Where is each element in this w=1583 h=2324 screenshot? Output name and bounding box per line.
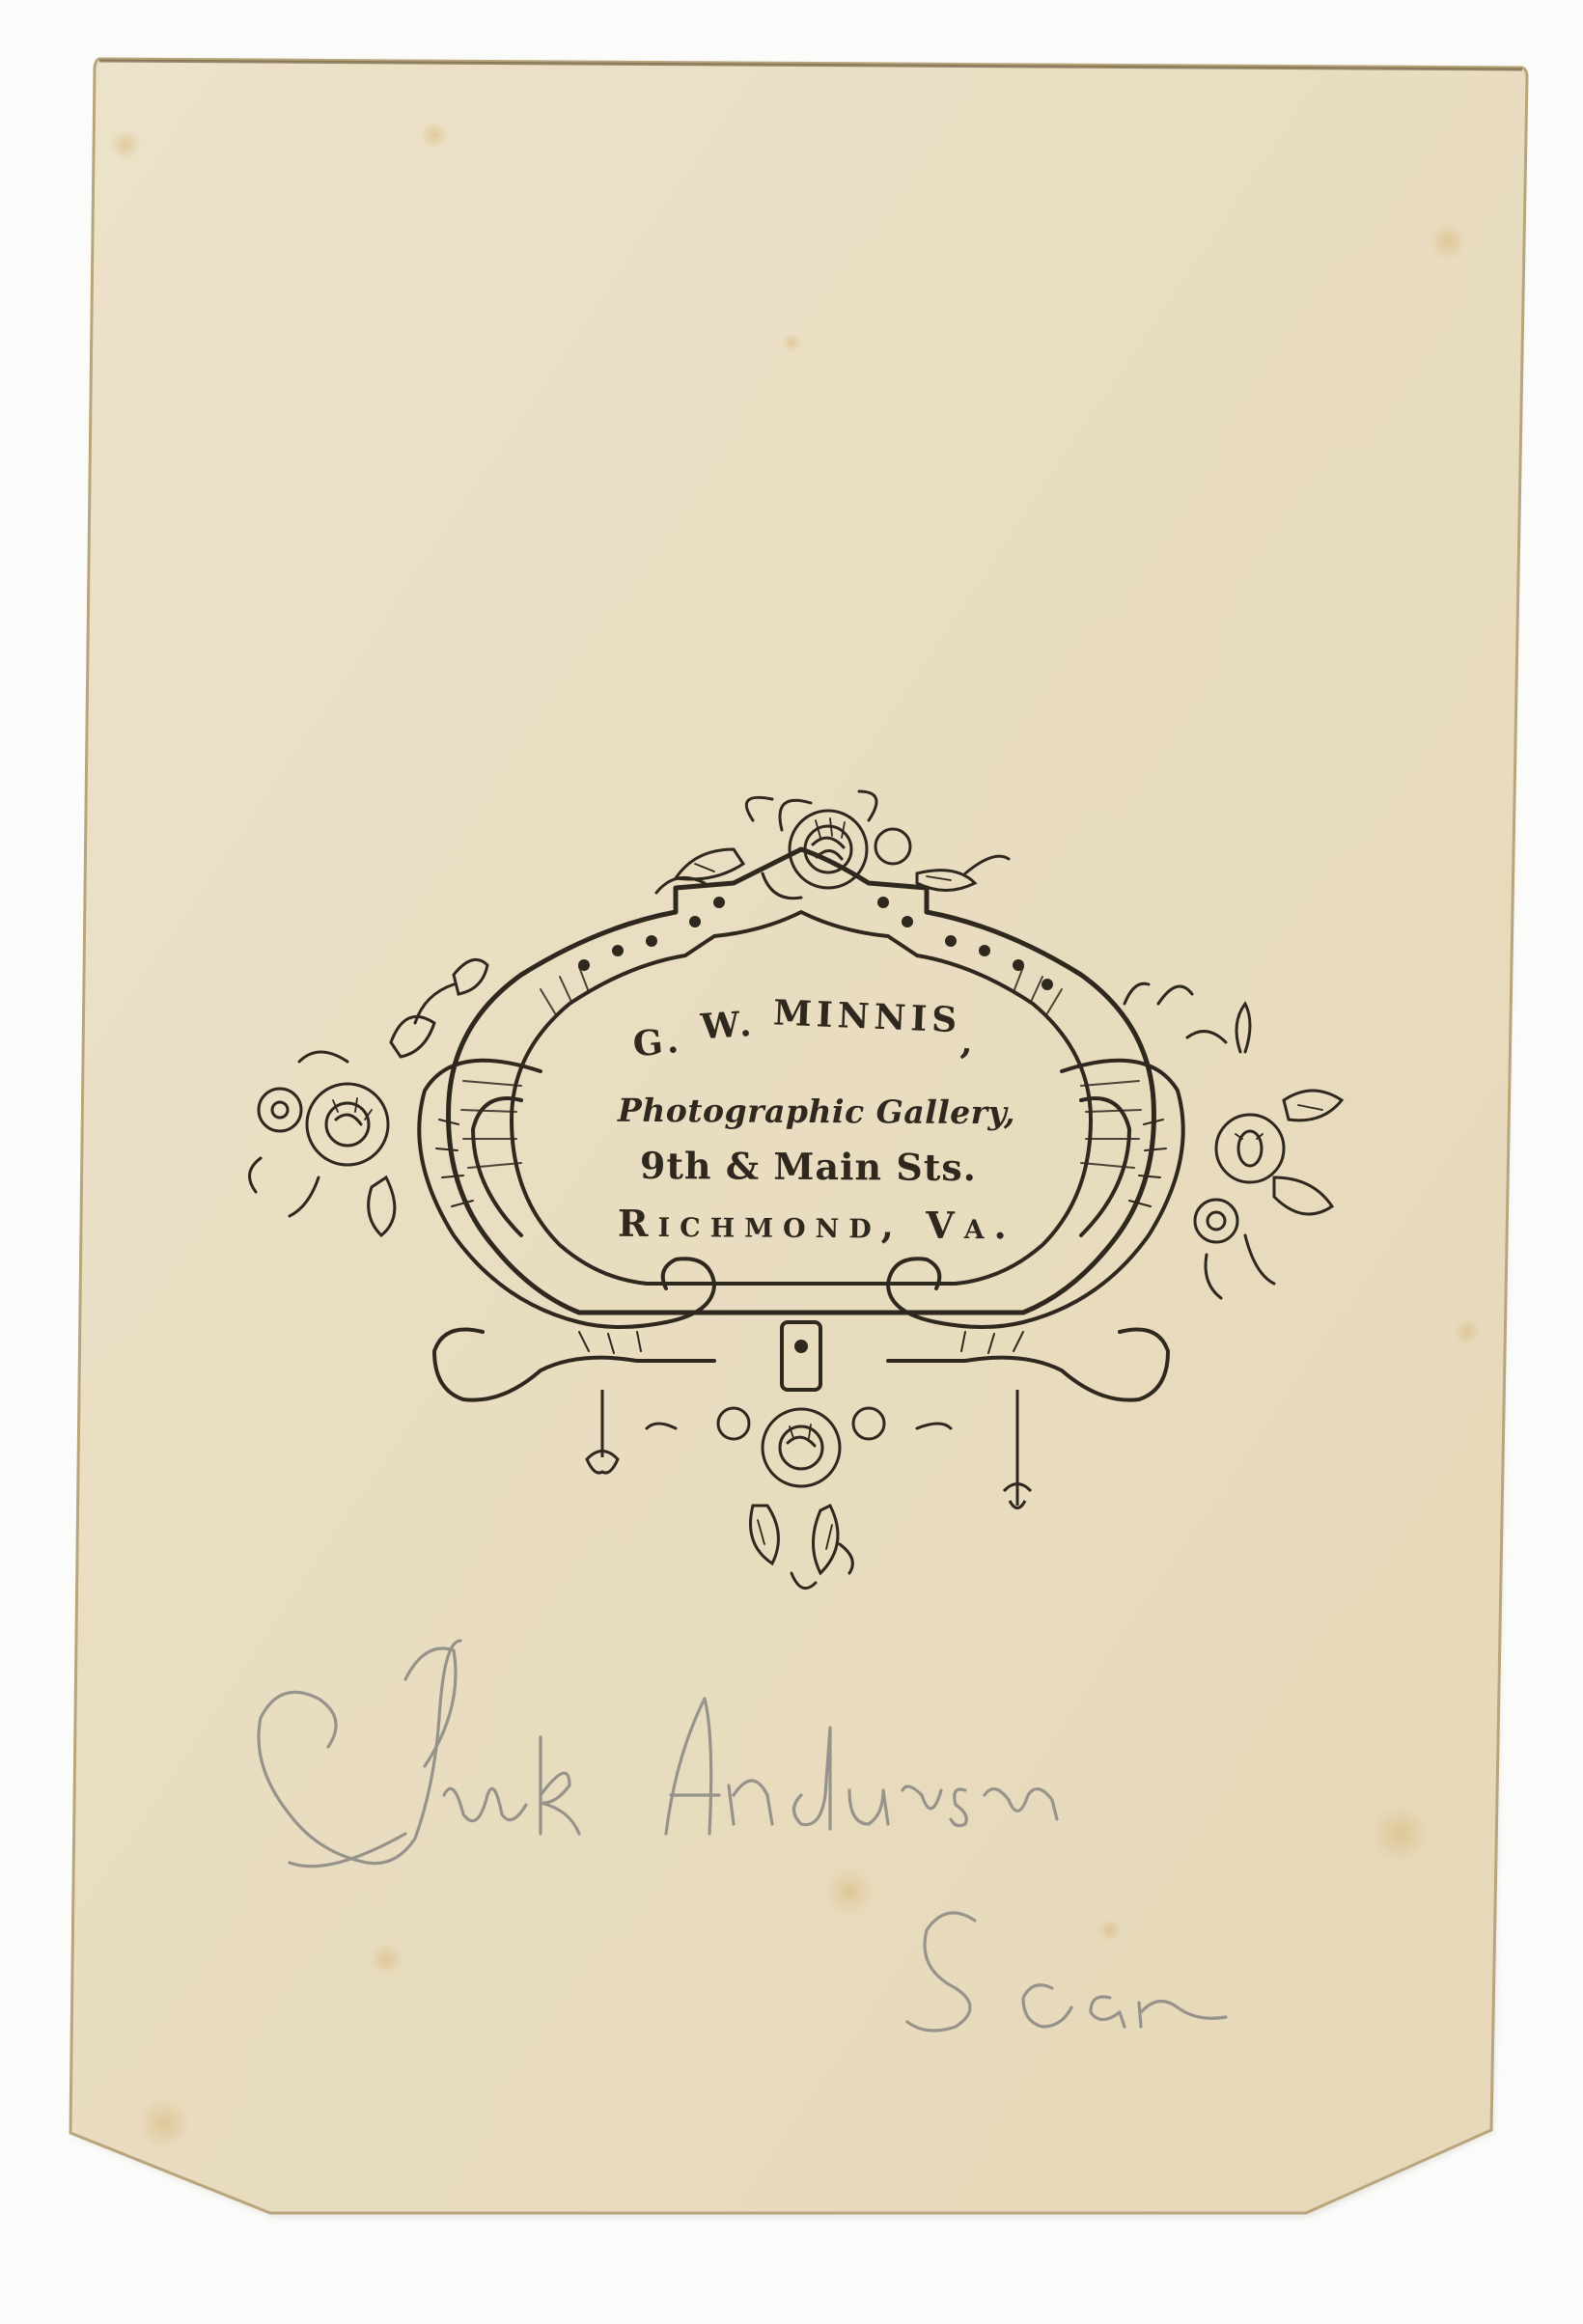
pencil-inscription-place: S Car: [811, 1892, 1222, 2060]
card-body: [70, 59, 1527, 2213]
scanned-card-scene: G. W. MINNIS, Photographic Gallery, 9th …: [0, 0, 1583, 2324]
pencil-inscription-name: Link Anderson: [241, 1641, 1311, 1809]
card-graphic: [0, 0, 1583, 2324]
